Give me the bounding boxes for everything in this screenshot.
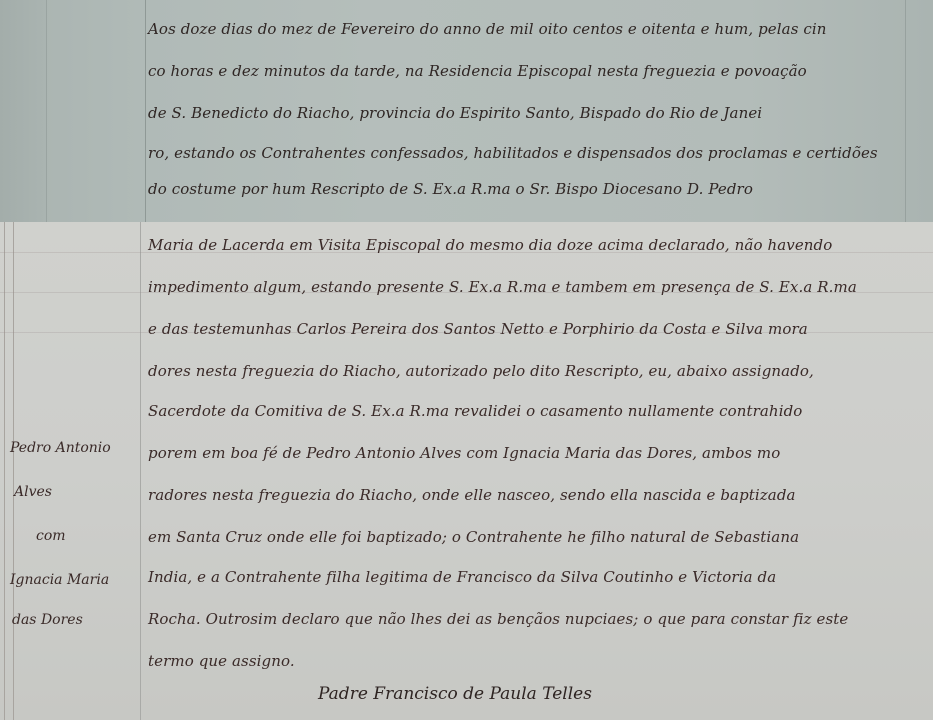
page-edge xyxy=(0,0,47,222)
margin-conjunction: com xyxy=(36,528,66,544)
register-photo-top: Aos doze dias do mez de Fevereiro do ann… xyxy=(0,0,933,222)
margin-rule xyxy=(140,222,141,720)
register-photo-bottom: Maria de Lacerda em Visita Episcopal do … xyxy=(0,222,933,720)
entry-line-12: radores nesta freguezia do Riacho, onde … xyxy=(148,486,796,504)
margin-name-bride: Ignacia Maria xyxy=(10,572,109,588)
entry-line-10: Sacerdote da Comitiva de S. Ex.a R.ma re… xyxy=(148,402,802,420)
entry-line-11: porem em boa fé de Pedro Antonio Alves c… xyxy=(148,444,780,462)
entry-line-7: impedimento algum, estando presente S. E… xyxy=(148,278,857,296)
entry-line-5: do costume por hum Rescripto de S. Ex.a … xyxy=(148,180,753,198)
entry-line-15: Rocha. Outrosim declaro que não lhes dei… xyxy=(148,610,848,628)
margin-rule xyxy=(145,0,146,222)
margin-name-groom: Pedro Antonio xyxy=(10,440,111,456)
page-binding xyxy=(4,222,14,720)
entry-line-13: em Santa Cruz onde elle foi baptizado; o… xyxy=(148,528,799,546)
entry-line-1: Aos doze dias do mez de Fevereiro do ann… xyxy=(148,20,827,38)
entry-line-3: de S. Benedicto do Riacho, provincia do … xyxy=(148,104,762,122)
entry-line-6: Maria de Lacerda em Visita Episcopal do … xyxy=(148,236,832,254)
margin-name-groom-surname: Alves xyxy=(14,484,52,500)
priest-signature: Padre Francisco de Paula Telles xyxy=(318,684,592,704)
entry-line-9: dores nesta freguezia do Riacho, autoriz… xyxy=(148,362,814,380)
entry-line-16: termo que assigno. xyxy=(148,652,295,670)
margin-name-bride-surname: das Dores xyxy=(12,612,83,628)
entry-line-14: India, e a Contrahente filha legitima de… xyxy=(148,568,776,586)
right-rule xyxy=(905,0,906,222)
entry-line-8: e das testemunhas Carlos Pereira dos San… xyxy=(148,320,808,338)
entry-line-4: ro, estando os Contrahentes confessados,… xyxy=(148,144,878,162)
entry-line-2: co horas e dez minutos da tarde, na Resi… xyxy=(148,62,807,80)
